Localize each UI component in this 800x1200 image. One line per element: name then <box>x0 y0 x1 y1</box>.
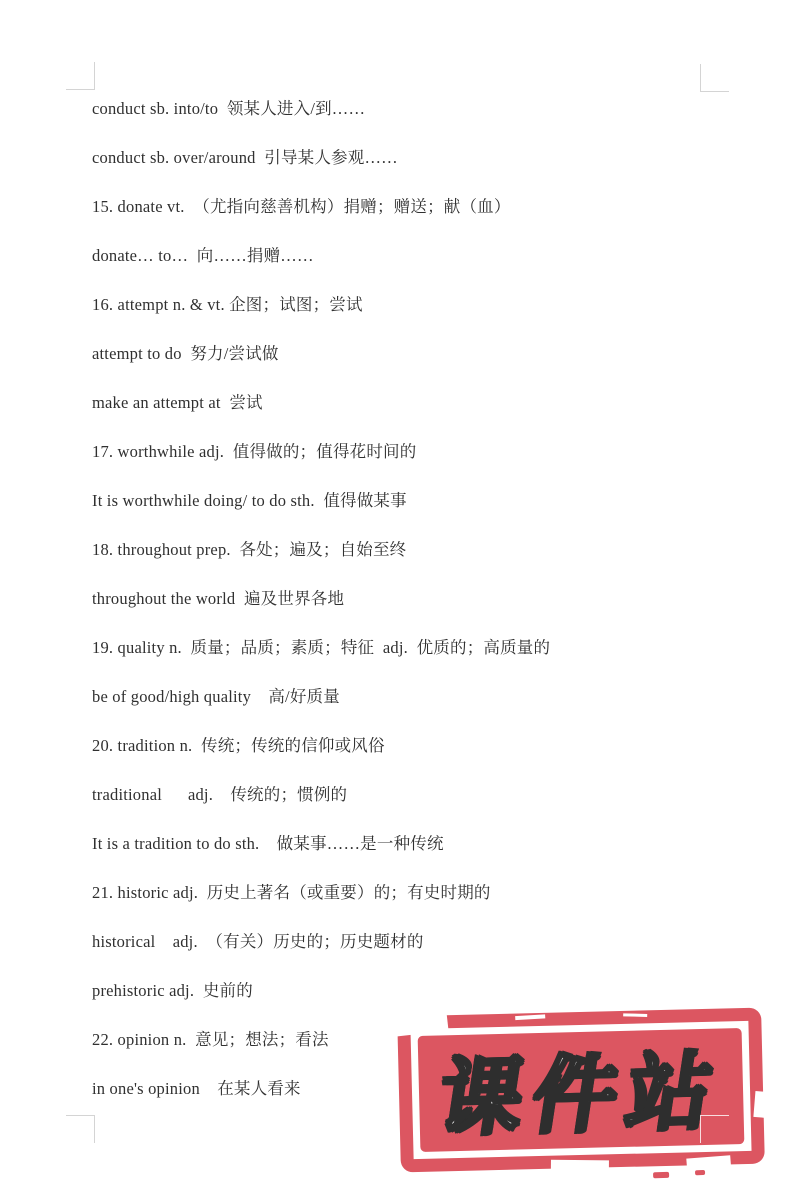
vocab-line: donate… to… 向……捐赠…… <box>92 231 742 280</box>
stamp-text: 课件站 <box>431 1024 731 1152</box>
stamp-distress-patch <box>686 1155 731 1175</box>
watermark-stamp: 课件站 <box>397 1008 765 1173</box>
vocab-line: conduct sb. into/to 领某人进入/到…… <box>92 84 742 133</box>
vocab-line: 20. tradition n. 传统；传统的信仰或风俗 <box>92 721 742 770</box>
stamp-ink-speck <box>653 1172 669 1178</box>
vocab-line: make an attempt at 尝试 <box>92 378 742 427</box>
vocab-line: 15. donate vt. （尤指向慈善机构）捐赠；赠送；献（血） <box>92 182 742 231</box>
crop-mark-bottom-right <box>700 1115 729 1143</box>
vocab-line: conduct sb. over/around 引导某人参观…… <box>92 133 742 182</box>
vocab-line: 18. throughout prep. 各处；遍及；自始至终 <box>92 525 742 574</box>
vocab-line: 17. worthwhile adj. 值得做的；值得花时间的 <box>92 427 742 476</box>
vocab-line: It is a tradition to do sth. 做某事……是一种传统 <box>92 819 742 868</box>
vocab-line: It is worthwhile doing/ to do sth. 值得做某事 <box>92 476 742 525</box>
crop-mark-bottom-left <box>66 1115 95 1143</box>
stamp-distress-patch <box>551 1160 609 1176</box>
crop-mark-top-left <box>66 62 95 90</box>
stamp-distress-patch <box>623 1013 647 1017</box>
vocab-line: 21. historic adj. 历史上著名（或重要）的；有史时期的 <box>92 868 742 917</box>
vocab-line: historical adj. （有关）历史的；历史题材的 <box>92 917 742 966</box>
vocab-line: 16. attempt n. & vt. 企图；试图；尝试 <box>92 280 742 329</box>
document-page: { "page": { "background": "#ffffff", "te… <box>0 0 800 1200</box>
stamp-ink-speck <box>695 1170 705 1175</box>
vocab-line: be of good/high quality 高/好质量 <box>92 672 742 721</box>
vocab-line: throughout the world 遍及世界各地 <box>92 574 742 623</box>
stamp-fill: 课件站 <box>418 1028 745 1152</box>
stamp-distress-patch <box>753 1091 771 1118</box>
vocab-line: 19. quality n. 质量；品质；素质；特征 adj. 优质的；高质量的 <box>92 623 742 672</box>
vocab-line: traditional adj. 传统的；惯例的 <box>92 770 742 819</box>
vocab-line: attempt to do 努力/尝试做 <box>92 329 742 378</box>
document-content: conduct sb. into/to 领某人进入/到…… conduct sb… <box>92 84 742 1113</box>
